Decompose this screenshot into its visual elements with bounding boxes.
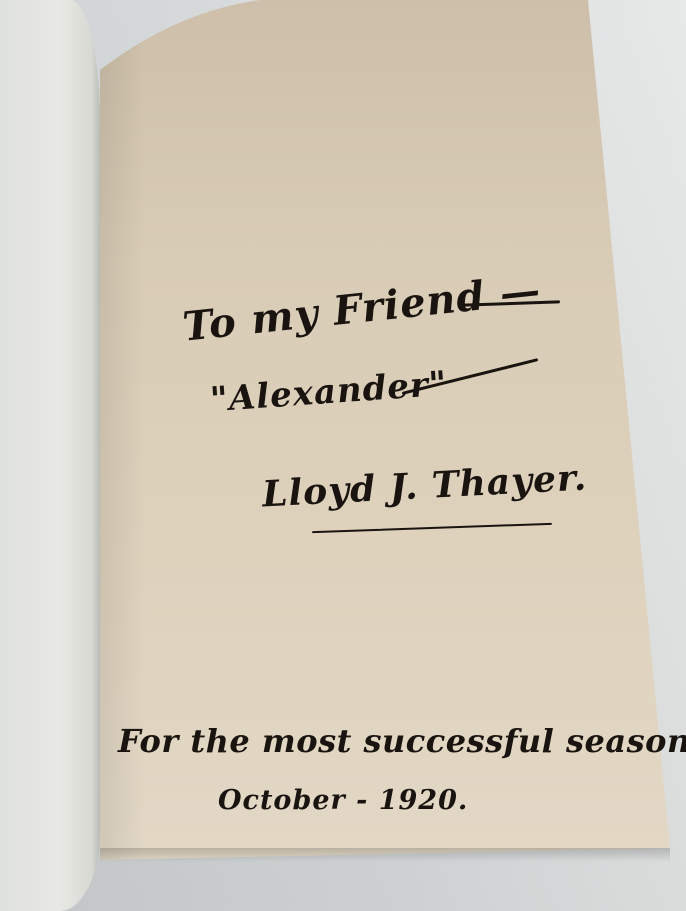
inscription-message: For the most successful season.	[118, 722, 686, 760]
inscription-date: October - 1920.	[218, 785, 468, 816]
page-shadow	[100, 848, 670, 862]
left-page	[0, 0, 100, 911]
